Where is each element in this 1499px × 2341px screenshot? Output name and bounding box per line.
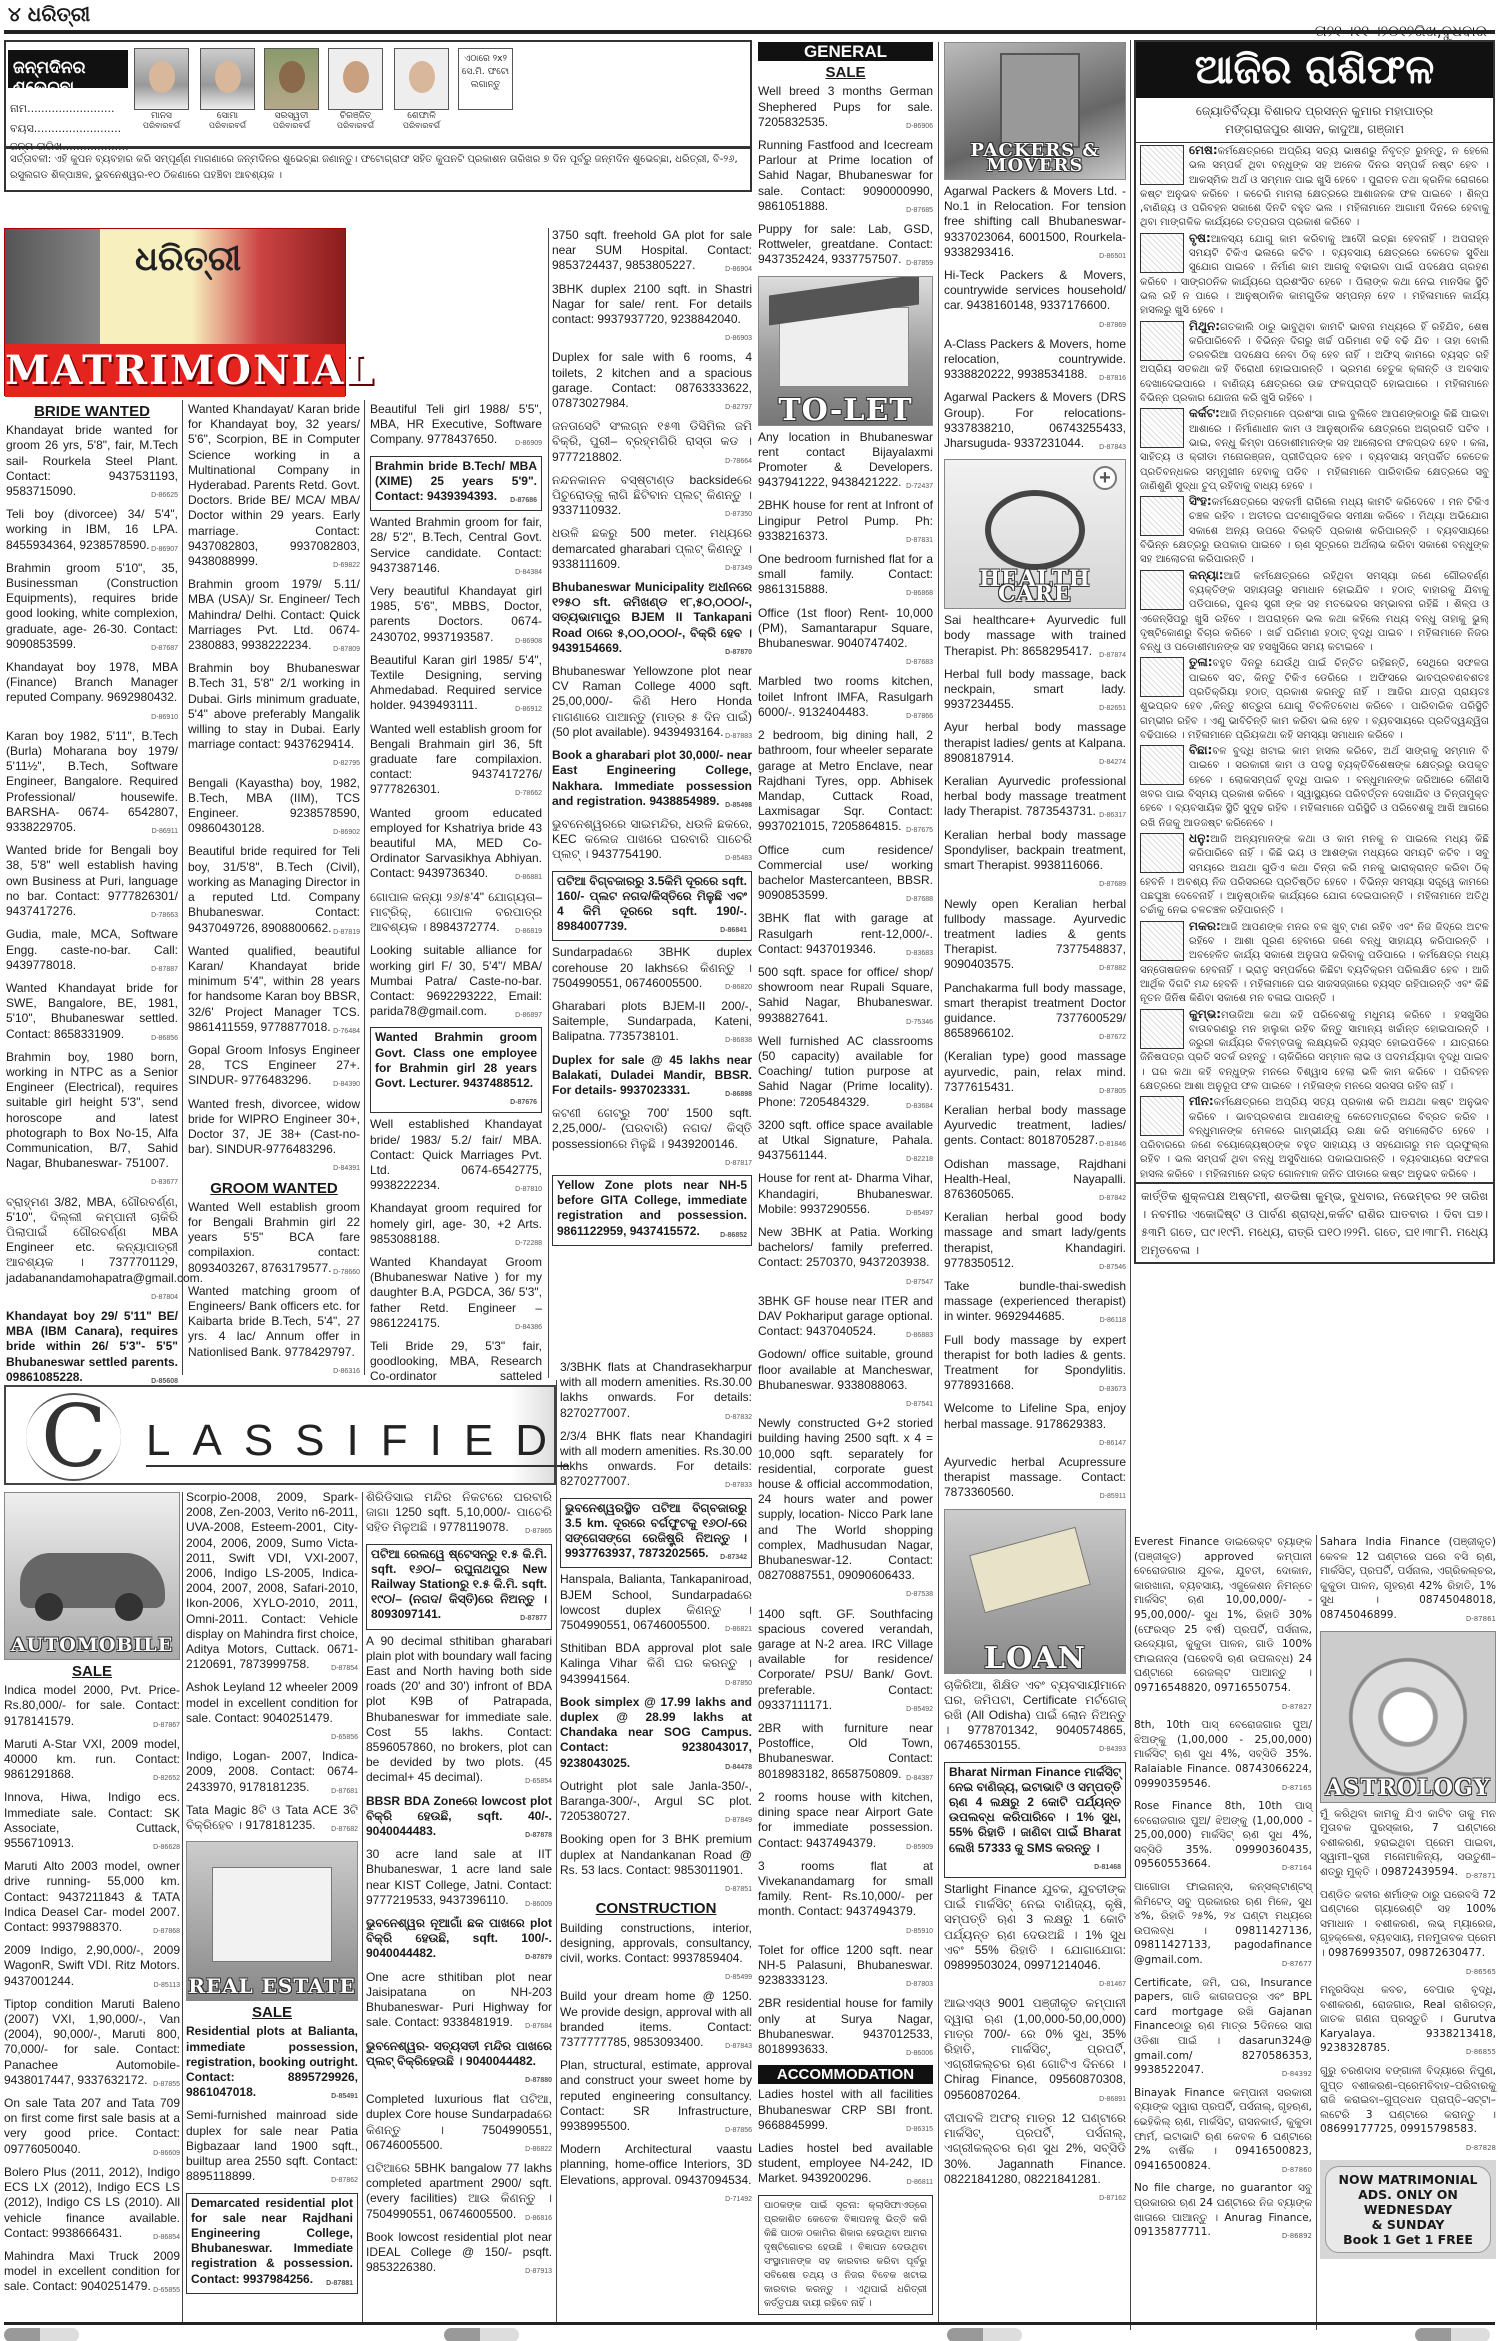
ad-code: D-86315 <box>906 2122 933 2137</box>
realestate-ad: Book lowcost residential plot near IDEAL… <box>366 2230 552 2280</box>
ad-code: D-85492 <box>906 1702 933 1717</box>
ad-code: D-87860 <box>1282 2163 1312 2178</box>
ad-code: D-87689 <box>1099 877 1126 892</box>
ad-code: D-87861 <box>1466 1612 1496 1627</box>
ad-code: D-72288 <box>515 1236 542 1251</box>
health-ad: Keralian herbal good body massage and sm… <box>944 1210 1126 1275</box>
ad-code: D-87874 <box>1099 648 1126 663</box>
automobile-ad: Tiptop condition Maruti Baleno (2007) VX… <box>4 1997 180 2092</box>
page-tab <box>1415 2328 1490 2341</box>
finance-ad: Rose Finance 8th, 10th ପାସ୍ ବେରୋଜଗାର ପୁଅ… <box>1134 1799 1312 1876</box>
scales-icon <box>1140 657 1184 697</box>
matrimonial-ad: Gudia, male, MCA, Software Engg. caste-n… <box>6 927 178 977</box>
ad-code: D-86565 <box>1466 1965 1496 1980</box>
realestate-ad: Sthitiban BDA approval plot sale Kalinga… <box>560 1641 752 1691</box>
matrimonial-ad: Beautiful Karan girl 1985/ 5'4", Textile… <box>370 653 542 718</box>
birthday-terms: ସର୍ତ୍ତାବଳୀ: ଏହି କୁପନ ବ୍ୟବହାର କରି ସମ୍ପୂର୍… <box>4 148 752 192</box>
packers-ad: Hi-Teck Packers & Movers, countrywide se… <box>944 268 1126 333</box>
ad-code: D-87817 <box>725 1156 752 1171</box>
ad-code: D-81846 <box>1099 1137 1126 1152</box>
ad-code: D-86911 <box>152 824 178 839</box>
ad-code: D-87850 <box>725 1676 752 1691</box>
matrimonial-ad: Well established Khandayat bride/ 1983/ … <box>370 1117 542 1197</box>
ad-code: D-87685 <box>906 203 933 218</box>
tolet-ad: Office cum residence/ Commercial use/ wo… <box>758 843 933 908</box>
ad-code: D-87803 <box>906 1977 933 1992</box>
page-tab <box>4 2328 79 2341</box>
matrimonial-ad: Wanted Brahmin groom for fair, 28/ 5'2",… <box>370 515 542 580</box>
loan-image: LOAN <box>944 1509 1126 1674</box>
ad-code: D-86904 <box>725 262 752 277</box>
ad-code: D-72437 <box>906 479 933 494</box>
ad-code: D-86906 <box>906 119 933 134</box>
ad-code: D-76484 <box>333 1024 360 1039</box>
health-ad: Keralian herbal body massage Spondyliser… <box>944 828 1126 893</box>
ad-code: D-87687 <box>151 641 178 656</box>
ad-code: D-86909 <box>515 436 542 451</box>
ad-code: D-83673 <box>1099 1382 1126 1397</box>
matrimonial-ad: ଗୋପାଳ କନ୍ୟା ୨୬/୫'4" ଯୋଗ୍ୟତା– ମାଟ୍ରିକ୍, ଗ… <box>370 890 542 940</box>
horoscope-sign: ମକର:ଆଜି ଆପଣଙ୍କ ମନର ବଳ ଖୁବ୍ ଟାଣ ରହିବ ଏବଂ … <box>1136 919 1493 1007</box>
realestate-ad: BBSR BDA Zoneରେ lowcost plot ବିକ୍ରି ହେଉଛ… <box>366 1794 552 1844</box>
ad-code: D-83683 <box>906 946 933 961</box>
finance-ad: ପାଗୋଡା ଫାଇନାନ୍ସ, କନ୍‌ସଲ୍‌ଟାଣ୍ଟସ୍ ଲିମିଟେଡ… <box>1134 1880 1312 1972</box>
ad-code: D-87810 <box>515 1182 542 1197</box>
matrimonial-ad: Beautiful bride required for Teli boy, 3… <box>188 844 360 939</box>
tolet-ad: House for rent at- Dharma Vihar, Khandag… <box>758 1171 933 1221</box>
page-tab <box>444 2328 519 2341</box>
ad-code: D-84387 <box>906 1771 933 1786</box>
health-ad: Welcome to Lifeline Spa, enjoy herbal ma… <box>944 1401 1126 1451</box>
ad-code: D-86852 <box>720 1228 747 1243</box>
realestate-ad: Yellow Zone plots near NH-5 before GITA … <box>552 1175 752 1246</box>
ad-code: D-87856 <box>725 2123 752 2138</box>
health-ad: Sai healthcare+ Ayurvedic full body mass… <box>944 613 1126 663</box>
photo-placeholder: ଏଠାରେ ୨x୨ ସେ.ମି. ଫଟୋ ଲଗାନ୍ତୁ <box>458 48 513 110</box>
realestate-ad: ଧଉଳି ଛକରୁ 500 meter. ମଧ୍ୟରେ demarcated g… <box>552 526 752 576</box>
ad-code: D-78664 <box>725 454 752 469</box>
health-ad: Take bundle-thai-swedish massage (experi… <box>944 1279 1126 1329</box>
ad-code: D-78662 <box>515 786 542 801</box>
name-field[interactable]: ନାମ......................... <box>10 102 115 116</box>
ad-code: D-85910 <box>906 1924 933 1939</box>
ad-code: D-86009 <box>525 1897 552 1912</box>
health-ad: Newly open Keralian herbal fullbody mass… <box>944 897 1126 977</box>
horoscope-sign: ମିଥୁନ:ଗତକାଲି ଠାରୁ ଭାବୁଥିବା କାମଟି ଭାବନା ମ… <box>1136 319 1493 407</box>
ad-code: D-86811 <box>907 2175 933 2190</box>
matrimonial-ad: Teli boy (divorcee) 34/ 5'4", working in… <box>6 507 178 557</box>
matrimonial-column-1: BRIDE WANTED Khandayat bride wanted for … <box>6 400 178 1393</box>
ad-code: D-86147 <box>1099 1436 1126 1451</box>
footer-rule <box>4 2322 1495 2325</box>
fish-icon <box>1140 1096 1184 1136</box>
ad-code: D-87866 <box>906 709 933 724</box>
finance-ad: 8th, 10th ପାସ୍ ବେରୋଜଗାର ପୁଅ/ ଝିଅଙ୍କୁ (1,… <box>1134 1718 1312 1795</box>
ad-code: D-87877 <box>520 1611 547 1626</box>
horoscope-sign: କନ୍ୟା:ଆଜି କର୍ମକ୍ଷେତ୍ରରେ ରହିଥିବା ସମସ୍ୟା ଜ… <box>1136 568 1493 656</box>
construction-ad: Plan, structural, estimate, approval and… <box>560 2058 752 2138</box>
ad-code: D-87546 <box>1099 1260 1126 1275</box>
ad-code: D-87859 <box>906 256 933 271</box>
age-field[interactable]: ବୟସ......................... <box>10 122 121 136</box>
tolet-ad: Well furnished AC classrooms (50 capacit… <box>758 1034 933 1114</box>
ad-code: D-87805 <box>1099 1084 1126 1099</box>
realestate-ad: 3750 sqft. freehold GA plot for sale nea… <box>552 228 752 278</box>
automobile-ad: Tata Magic 8ଟି ଓ Tata ACE 3ଟି ବିକ୍ରିହେବ … <box>186 1803 358 1837</box>
realestate-ad: Sundarpadaରେ 3BHK duplex corehouse 20 la… <box>552 945 752 995</box>
ad-code: D-85498 <box>725 798 752 813</box>
finance-ad: Sahara India Finance (ପଞ୍ଜୀକୃତ) କେବଳ 12 … <box>1320 1535 1496 1627</box>
packers-ad: Agarwal Packers & Movers (DRS Group). Fo… <box>944 390 1126 455</box>
ad-code: D-86854 <box>153 2230 180 2245</box>
automobile-ad: Indica model 2000, Pvt. Price- Rs.80,000… <box>4 1683 180 1733</box>
accommodation-heading: ACCOMMODATION <box>758 2065 933 2084</box>
ad-code: D-87913 <box>525 2264 552 2279</box>
horoscope-sign: କୁମ୍ଭ:ମଉଜିଆ କଥା କହି ପରିବେଶକୁ ମଧୁମୟ କରିବେ… <box>1136 1007 1493 1095</box>
ad-code: D-87865 <box>525 1524 552 1539</box>
lion-icon <box>1140 496 1184 536</box>
ram-icon <box>1140 145 1184 185</box>
water-bearer-icon <box>1140 1009 1184 1049</box>
ad-code: D-82651 <box>1099 701 1126 716</box>
realestate-column: 3750 sqft. freehold GA plot for sale nea… <box>552 228 752 1250</box>
packers-movers-image: PACKERS & MOVERS <box>944 42 1126 180</box>
ad-code: D-87880 <box>525 2073 552 2088</box>
ad-code: D-84390 <box>333 1077 360 1092</box>
automobile-column-2: Scorpio-2008, 2009, Spark-2008, Zen-2003… <box>186 1490 358 2298</box>
matrimonial-ad: Karan boy 1982, 5'11", B.Tech (Burla) Mo… <box>6 729 178 839</box>
maiden-icon <box>1140 570 1184 610</box>
ad-code: D-86816 <box>525 2211 552 2226</box>
matrimonial-promo: NOW MATRIMONIALADS. ONLY ONWEDNESDAY& SU… <box>1320 2160 1496 2259</box>
ad-code: D-87688 <box>906 892 933 907</box>
automobile-ad: Maruti Alto 2003 model, owner drive runn… <box>4 1859 180 1939</box>
matrimonial-ad: Wanted qualified, beautiful Karan/ Khand… <box>188 944 360 1039</box>
tolet-ad: 2BHK house for rent at Infront of Lingip… <box>758 498 933 548</box>
automobile-ad: Innova, Hiwa, Indigo ecs. Immediate sale… <box>4 1790 180 1855</box>
ad-code: D-86501 <box>1099 249 1126 264</box>
realestate-ad: କଟଣୀ ଗେଟ୍‌ରୁ 700' 1500 sqft. 2,25,000/- … <box>552 1106 752 1171</box>
construction-ad: Building constructions, interior, design… <box>560 1921 752 1986</box>
horoscope-box: ଆଜିର ରାଶିଫଳ ଜ୍ୟୋତିର୍ବିଦ୍ୟା ବିଶାରଦ ପ୍ରସନ୍… <box>1134 40 1495 1264</box>
automobile-ad: Maruti A-Star VXI, 2009 model, 40000 km.… <box>4 1737 180 1787</box>
promo-text: NOW MATRIMONIALADS. ONLY ONWEDNESDAY& SU… <box>1325 2166 1491 2253</box>
ad-code: D-82652 <box>153 1771 180 1786</box>
ad-code: D-87869 <box>1099 318 1126 333</box>
page-tab <box>947 2328 1022 2341</box>
ad-code: D-87828 <box>1466 2141 1496 2156</box>
realestate-ad: ନନ୍ଦନକାନନ ବସ୍ଷ୍ଟାଣ୍ଡ backsideରେ ପିଚୁରୋଡ୍… <box>552 473 752 523</box>
matrimonial-ad: Brahmin boy Bhubaneswar B.Tech 31, 5'8" … <box>188 661 360 771</box>
ad-code: D-87854 <box>331 1661 358 1676</box>
realestate-ad: Outright plot sale Janla-350/-, Baranga-… <box>560 1779 752 1829</box>
ad-code: D-87855 <box>153 2077 180 2092</box>
realestate-ad: Duplex for sale with 6 rooms, 4 toilets,… <box>552 350 752 415</box>
matrimonial-ad: Wanted matching groom of Engineers/ Bank… <box>188 1284 360 1379</box>
tolet-ad: 3BHK flat with garage at Rasulgarh rent-… <box>758 911 933 961</box>
loan-ad: Starlight Finance ଯୁବକ, ଯୁବତୀଙ୍କ ପାଇଁ ମା… <box>944 1882 1126 1992</box>
packers-ad: Agarwal Packers & Movers Ltd. - No.1 in … <box>944 184 1126 264</box>
ad-code: D-85497 <box>906 1206 933 1221</box>
general-sale-heading: SALE <box>758 65 933 80</box>
matrimonial-ad: Brahmin boy, 1980 born, working in NTPC … <box>6 1050 178 1191</box>
matrimonial-ad: Wanted groom educated employed for Kshat… <box>370 806 542 886</box>
page-brand: ୪ ଧରିତ୍ରୀ <box>8 2 90 26</box>
matrimonial-banner: ଧରିତ୍ରୀ MATRIMONIAL <box>4 228 346 396</box>
tolet-ad: Godown/ office suitable, ground floor av… <box>758 1347 933 1412</box>
astrology-ad: ମୁଁ କରିଥିବା କାମକୁ ଯିଏ କାଟିବ ତାକୁ ମନ ମୁତା… <box>1320 1807 1496 1884</box>
ad-code: D-86317 <box>1099 808 1126 823</box>
realestate-ad: ଶିରିଡିସାଇ ମନ୍ଦିର ନିକଟରେ ଘରବାରି ଜାଗା 1250… <box>366 1490 552 1540</box>
astrology-ad: ମନ୍ତ୍ରସିଦ୍ଧ କବଚ, ବେପାର ବୃଦ୍ଧି, ବଶୀକରଣ, ର… <box>1320 1983 1496 2060</box>
matrimonial-ad: Wanted bride for Bengali boy 38, 5'8" we… <box>6 843 178 923</box>
tolet-ad: 2BR with furniture near Postoffice, Old … <box>758 1721 933 1786</box>
ad-code: D-87851 <box>725 1882 752 1897</box>
dharitri-logo: ଧରିତ୍ରୀ <box>135 239 241 279</box>
ad-code: D-86910 <box>151 710 178 725</box>
matrimonial-column-2: Wanted Khandayat/ Karan bride for Khanda… <box>188 402 360 1383</box>
ad-code: D-87809 <box>333 642 360 657</box>
ad-code: D-86316 <box>333 1364 360 1379</box>
matrimonial-ad: Brahmin groom 5'10", 35, Businessman (Co… <box>6 561 178 656</box>
automobile-ad: 2009 Indigo, 2,90,000/-, 2009 WagonR, Sw… <box>4 1943 180 1993</box>
ad-code: D-87887 <box>151 962 178 977</box>
sale-ad: Running Fastfood and Icecream Parlour at… <box>758 138 933 218</box>
ad-code: D-87350 <box>725 507 752 522</box>
ad-code: D-87677 <box>1282 1957 1312 1972</box>
ad-code: D-86903 <box>725 331 752 346</box>
ad-code: D-86822 <box>525 2142 552 2157</box>
ad-code: D-87538 <box>906 1587 933 1602</box>
ad-code: D-85499 <box>725 1970 752 1985</box>
ad-code: D-84391 <box>333 1161 360 1176</box>
matrimonial-ad: Bengali (Kayastha) boy, 1982, B.Tech, MB… <box>188 776 360 841</box>
birthday-photo: ସରସ୍ୱତୀପରିବାରବର୍ଗ <box>264 48 319 138</box>
ad-code: D-87672 <box>1099 1030 1126 1045</box>
health-care-image: + HEALTH CARE <box>944 459 1126 609</box>
health-ad: Odishan massage, Rajdhani Health-Heal, N… <box>944 1157 1126 1207</box>
ad-code: D-86891 <box>1099 2092 1126 2107</box>
ad-code: D-85909 <box>906 1840 933 1855</box>
construction-heading: CONSTRUCTION <box>560 1901 752 1916</box>
matrimonial-ad: ବ୍ରାହ୍ମଣ 3/82, MBA, ଗୌରବର୍ଣ୍ଣ, 5'10", ଦି… <box>6 1195 178 1305</box>
loan-ad: Bharat Nirman Finance ମାର୍କସିଟ୍ ନେଇ ବାଣି… <box>944 1762 1126 1878</box>
ad-code: D-86912 <box>515 702 542 717</box>
ad-code: D-75346 <box>906 1015 933 1030</box>
bull-icon <box>1140 233 1184 273</box>
ad-code: D-85483 <box>725 851 752 866</box>
ad-code: D-84274 <box>1099 755 1126 770</box>
astrology-ad: ଗୁରୁ ଚରଣଦାସ ବଙ୍ଗାଳୀ ବିଦ୍ୟାରେ ନିପୁଣ, ଗୁପ୍… <box>1320 2064 1496 2156</box>
realestate-ad: A 90 decimal sthitiban gharabari plain p… <box>366 1634 552 1790</box>
automobile-ad: Scorpio-2008, 2009, Spark-2008, Zen-2003… <box>186 1490 358 1676</box>
ad-code: D-86868 <box>906 586 933 601</box>
ad-code: D-81467 <box>1099 1977 1126 1992</box>
ad-code: D-87683 <box>906 655 933 670</box>
ad-code: D-65854 <box>525 1774 552 1789</box>
tolet-ad: One bedroom furnished flat for a small f… <box>758 552 933 602</box>
realestate-ad: 3BHK duplex 2100 sqft. in Shastri Nagar … <box>552 282 752 347</box>
ad-code: D-85491 <box>331 2089 358 2104</box>
horoscope-sign: ମୀନ:କର୍ମକ୍ଷେତ୍ରରେ ଅପ୍ରିୟ ସତ୍ୟ ପ୍ରକାଶ କରି… <box>1136 1094 1493 1182</box>
scorpion-icon <box>1140 745 1184 785</box>
ad-code: D-84384 <box>515 565 542 580</box>
realestate-ad: Residential plots at Balianta, immediate… <box>186 2024 358 2104</box>
ad-code: D-86908 <box>515 634 542 649</box>
astrology-ad: ପଣ୍ଡିତ କବୀର ଶର୍ମାଙ୍କ ଠାରୁ ଘରେବସି 72 ଘଣ୍ଟ… <box>1320 1888 1496 1980</box>
health-ad: Panchakarma full body massage, smart the… <box>944 981 1126 1046</box>
ad-code: D-87862 <box>331 2173 358 2188</box>
ad-code: D-86856 <box>151 1031 178 1046</box>
realestate-ad: 30 acre land sale at IIT Bhubaneswar, 1 … <box>366 1847 552 1912</box>
ad-code: D-87684 <box>525 2019 552 2034</box>
tolet-ad: 500 sqft. space for office/ shop/ showro… <box>758 965 933 1030</box>
ad-code: D-82218 <box>906 1152 933 1167</box>
ad-code: D-87162 <box>1099 2191 1126 2206</box>
loan-ad: ଦୀପାବଳି ଅଫର୍ ମାତ୍ର 12 ଘଣ୍ଟାରେ ମାର୍କସିଟ୍,… <box>944 2111 1126 2206</box>
ad-code: D-87804 <box>151 1290 178 1305</box>
horoscope-sign: ତୁଳା:ବହୁତ ଦିନରୁ ଯେଉଁଥି ପାଇଁ ଚିନ୍ତିତ ରହିଛ… <box>1136 655 1493 743</box>
health-ad: (Keralian type) good massage ayurvedic, … <box>944 1049 1126 1099</box>
matrimonial-column-3: Beautiful Teli girl 1988/ 5'5", MBA, HR … <box>370 402 542 1423</box>
horoscope-title: ଆଜିର ରାଶିଫଳ <box>1136 42 1493 98</box>
realestate-ad: Hanspala, Balianta, Tankapaniroad, BJEM … <box>560 1572 752 1637</box>
ad-code: D-87686 <box>510 493 537 508</box>
ad-code: D-84386 <box>515 1320 542 1335</box>
realestate-ad: ପଟିଆ ବିଗ୍‌ବଜାରରୁ 3.5କିମି ଦୂରରେ sqft. 160… <box>552 871 752 942</box>
realestate-column-3: ଶିରିଡିସାଇ ମନ୍ଦିର ନିକଟରେ ଘରବାରି ଜାଗା 1250… <box>366 1490 552 2283</box>
ad-code: D-87342 <box>720 1550 747 1565</box>
ad-code: D-69822 <box>333 558 360 573</box>
realestate-ad: ଜନତାସେଟି ସଂଲଗ୍ନ ୧୫୩ ଡିସିମିଲ ଜମି ବିକ୍ରି, … <box>552 419 752 469</box>
matrimonial-title: MATRIMONIAL <box>5 344 345 397</box>
realestate-ad: Bhubaneswar Yellowzone plot near CV Rama… <box>552 664 752 744</box>
matrimonial-ad: Wanted Well establish groom for Bengali … <box>188 1200 360 1280</box>
matrimonial-ad: Khandayat boy 1978, MBA (Finance) Branch… <box>6 660 178 725</box>
health-ad: Full body massage by expert therapist fo… <box>944 1333 1126 1398</box>
general-heading: GENERAL <box>758 42 933 61</box>
horoscope-sign: ବୃଷ:ଆଳସ୍ୟ ଯୋଗୁ କାମ କରିବାକୁ ଆଦୌ ଇଚ୍ଛା ହେବ… <box>1136 231 1493 319</box>
ad-code: D-83677 <box>151 1175 178 1190</box>
birthday-photo: ସୋମାପରିବାରବର୍ଗ <box>200 48 255 138</box>
ad-code: D-87682 <box>331 1822 358 1837</box>
ad-code: D-86883 <box>906 1328 933 1343</box>
ad-code: D-87819 <box>333 925 360 940</box>
ad-code: D-86881 <box>515 870 542 885</box>
ad-code: D-82795 <box>333 756 360 771</box>
accommodation-ad: Ladies hostel bed available student, emp… <box>758 2141 933 2191</box>
matrimonial-ad: Brahmin groom 1979/ 5.11/ MBA (USA)/ Sr.… <box>188 577 360 657</box>
tolet-ad: 2 rooms house with kitchen, dining space… <box>758 1790 933 1855</box>
health-ad: Keralian herbal body massage Ayurvedic t… <box>944 1103 1126 1153</box>
realestate-ad: One acre sthitiban plot near Jaisipatana… <box>366 1970 552 2035</box>
reader-notice: ପାଠକଙ୍କ ପାଇଁ ସୂଚନା: କ୍ଲାସିଫାଏଡ୍‌ରେ ପ୍ରକା… <box>758 2195 933 2315</box>
health-ad: Ayur herbal body massage therapist ladie… <box>944 720 1126 770</box>
ad-code: D-84478 <box>725 1760 752 1775</box>
matrimonial-ad: Very beautiful Khandayat girl 1985, 5'6"… <box>370 584 542 649</box>
ad-code: D-78663 <box>151 908 178 923</box>
real-estate-image: REAL ESTATE <box>186 1841 358 2001</box>
services-column: PACKERS & MOVERS Agarwal Packers & Mover… <box>944 42 1126 2210</box>
matrimonial-ad: Khandayat groom required for homely girl… <box>370 1201 542 1251</box>
ad-code: D-87541 <box>906 1397 933 1412</box>
realestate-ad: Book simplex @ 17.99 lakhs and duplex @ … <box>560 1695 752 1775</box>
finance-left-column: Everest Finance ଡାଇରେକ୍ଟ ବ୍ୟାଙ୍କ (ପଞ୍ଜୀକ… <box>1134 1535 1312 2248</box>
matrimonial-ad: Wanted Khandayat bride for SWE, Bangalor… <box>6 981 178 1046</box>
panjika: କାର୍ତ୍ତିକ ଶୁକ୍ଳପକ୍ଷ ଅଷ୍ଟମୀ, ଶତଭିଷା କୁମ୍ଭ… <box>1136 1182 1493 1262</box>
classified-banner: C LASSIFIED <box>4 1385 556 1485</box>
ad-code: D-87867 <box>153 1718 180 1733</box>
realestate-ad: Duplex for sale @ 45 lakhs near Balakati… <box>552 1053 752 1103</box>
matrimonial-ad: Wanted Khandayat/ Karan bride for Khanda… <box>188 402 360 573</box>
header-rule <box>4 30 1495 34</box>
ad-code: D-65856 <box>331 1730 358 1745</box>
ad-code: D-86820 <box>725 980 752 995</box>
ad-code: D-86902 <box>333 825 360 840</box>
realestate-ad: ଭୁବନେଶ୍ୱର ନୂଆଗାଁ ଛକ ପାଖରେ plot ବିକ୍ରି ହେ… <box>366 1916 552 1966</box>
tolet-ad: 1400 sqft. GF. Southfacing spacious cove… <box>758 1607 933 1717</box>
realestate-ad: ଭୁବନେଶ୍ୱରସ୍ଥିତ ପଟିଆ ବିଗ୍‌ବଜାରରୁ 3.5 km. … <box>560 1498 752 1569</box>
realestate-ad: 2/3/4 BHK flats near Khandagiri with all… <box>560 1429 752 1494</box>
matrimonial-ad: Wanted well establish groom for Bengali … <box>370 722 542 802</box>
ad-code: D-87849 <box>725 1813 752 1828</box>
construction-ad: Build your dream home @ 1250. We provide… <box>560 1989 752 2054</box>
bride-wanted-heading: BRIDE WANTED <box>6 404 178 419</box>
realestate-ad: ଭୁବନେଶ୍ୱରରେ ସାଇମନ୍ଦିର, ଧଉଳି ଛକରେ, KEC କଲ… <box>552 817 752 867</box>
ad-code: D-86898 <box>725 1087 752 1102</box>
ad-code: D-87843 <box>1099 440 1126 455</box>
birthday-photo: ମାନସପରିବାରବର୍ଗ <box>134 48 189 138</box>
tolet-ad: Newly constructed G+2 storied building h… <box>758 1416 933 1602</box>
automobile-ad: On sale Tata 207 and Tata 709 on first c… <box>4 2096 180 2161</box>
realestate-ad: Gharabari plots BJEM-II 200/-, Saitemple… <box>552 999 752 1049</box>
matrimonial-ad: Wanted fresh, divorcee, widow bride for … <box>188 1097 360 1177</box>
ad-code: D-87882 <box>1099 961 1126 976</box>
realestate-ad: ଭୁବନେଶ୍ୱର- ସତ୍ୟସତୀ ମନ୍ଦିର ପାଖରେ ପ୍ଲଟ୍ ବି… <box>366 2039 552 2089</box>
matrimonial-ad: Beautiful Teli girl 1988/ 5'5", MBA, HR … <box>370 402 542 452</box>
ad-code: D-87675 <box>906 823 933 838</box>
health-ad: Herbal full body massage, back neckpain,… <box>944 667 1126 717</box>
ad-code: D-87547 <box>906 1275 933 1290</box>
realestate-ad: Book a gharabari plot 30,000/- near East… <box>552 748 752 813</box>
accommodation-ad: Ladies hostel with all facilities Bhuban… <box>758 2087 933 2137</box>
ad-code: D-87843 <box>725 2039 752 2054</box>
automobile-column: AUTOMOBILE SALE Indica model 2000, Pvt. … <box>4 1492 180 2303</box>
tolet-ad: Office (1st floor) Rent- 10,000 (PM), Sa… <box>758 606 933 671</box>
ad-code: D-86838 <box>725 1033 752 1048</box>
horoscope-sign: ମେଷ:କର୍ମକ୍ଷେତ୍ରରେ ଅପ୍ରିୟ ସତ୍ୟ ଭାଷଣରୁ ନିବ… <box>1136 143 1493 231</box>
astrology-image: ASTROLOGY <box>1320 1631 1496 1803</box>
realestate-ad: Bhubaneswar Municipality ଅଧୀନରେ ୧୨୫୦ sft… <box>552 580 752 660</box>
health-ad: Keralian Ayurvedic professional herbal b… <box>944 774 1126 824</box>
horoscope-sign: ଧନୁ:ଆଜି ଅନ୍ୟମାନଙ୍କ କଥା ଓ କାମ ମନକୁ ନ ପାଇଲ… <box>1136 831 1493 919</box>
ad-code: D-87878 <box>525 1828 552 1843</box>
matrimonial-ad: Wanted Khandayat Groom (Bhubaneswar Nati… <box>370 1255 542 1335</box>
birthday-photo: ଶେଫାଳିପରିବାରବର୍ଗ <box>394 48 449 138</box>
ad-code: D-87871 <box>1466 1869 1496 1884</box>
realestate-column-4: 3/3BHK flats at Chandrasekharpur with al… <box>560 1360 752 2211</box>
automobile-ad: Mahindra Maxi Truck 2009 model in excell… <box>4 2249 180 2299</box>
birthday-photo: ଚିରଞ୍ଜିତ୍ପରିବାରବର୍ଗ <box>328 48 383 138</box>
ad-code: D-84393 <box>1099 1742 1126 1757</box>
birthday-title: ଜନ୍ମଦିନର ଶୁଭେଚ୍ଛା <box>8 50 128 88</box>
goat-icon <box>1140 921 1184 961</box>
ad-code: D-87842 <box>1099 1191 1126 1206</box>
realestate-ad: Completed luxurious flat ପଟିଆ, duplex Co… <box>366 2092 552 2157</box>
tolet-ad: 3200 sqft. office space available at Utk… <box>758 1118 933 1168</box>
packers-ad: A-Class Packers & Movers, home relocatio… <box>944 337 1126 387</box>
ad-code: D-87827 <box>1282 1700 1312 1715</box>
